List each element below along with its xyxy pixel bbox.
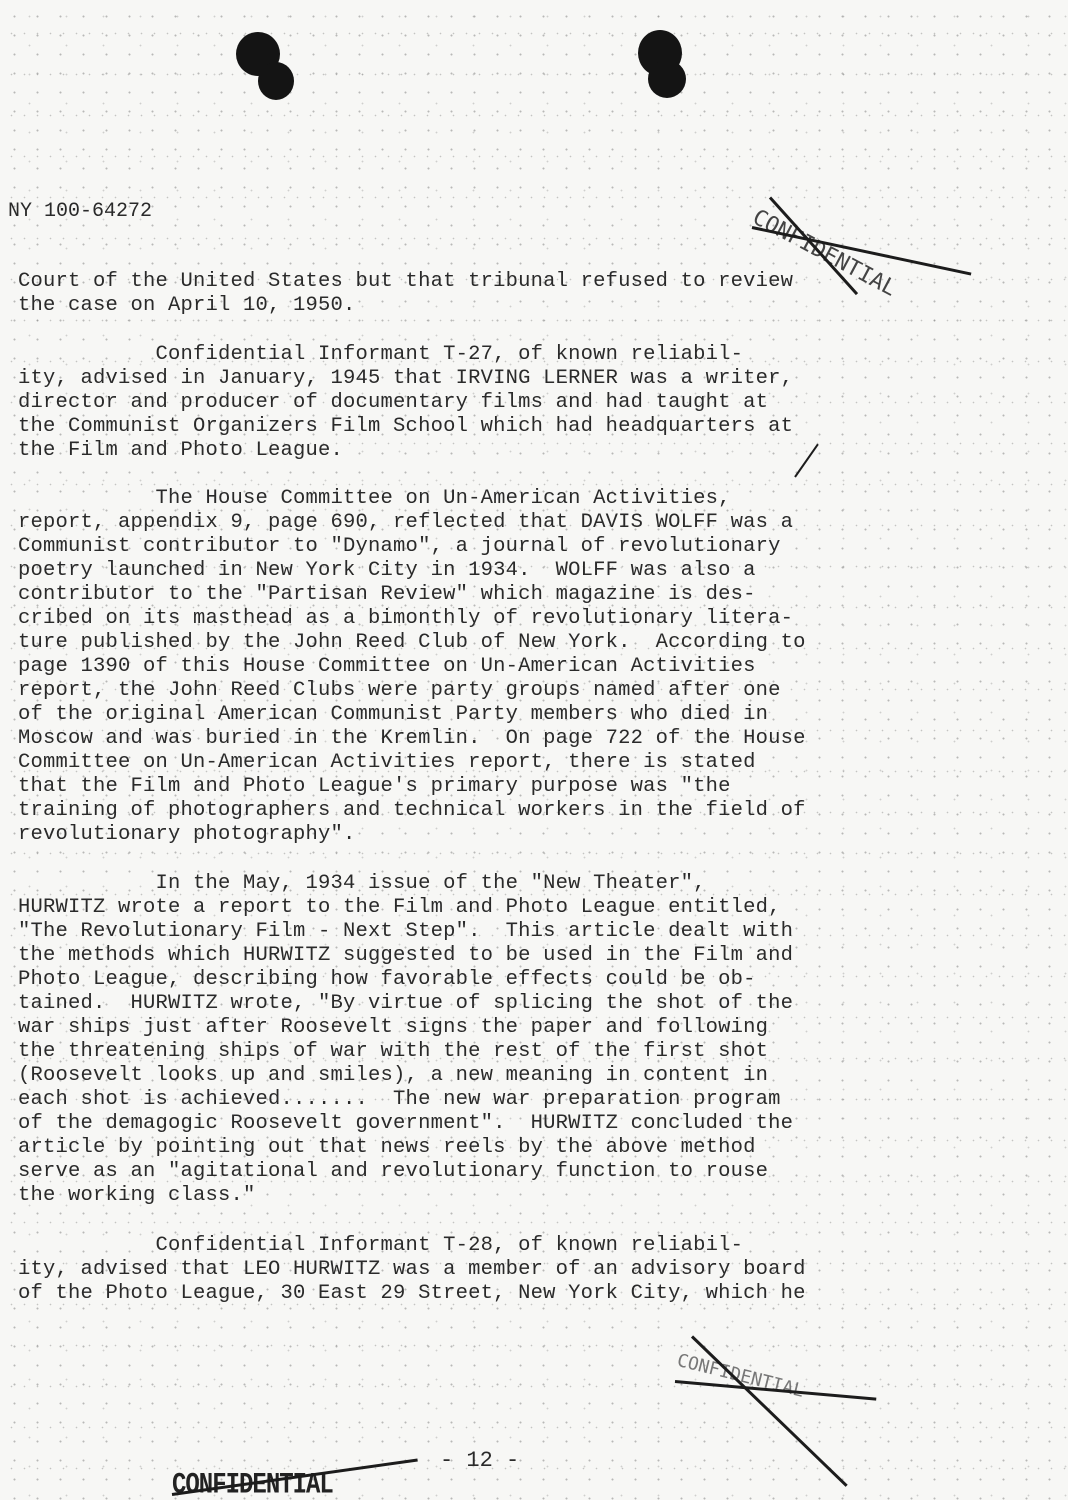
text-line: report, appendix 9, page 690, reflected … <box>18 511 793 535</box>
text-line: of the demagogic Roosevelt government". … <box>18 1112 793 1136</box>
punch-hole-right-lower <box>648 60 686 98</box>
text-line: ture published by the John Reed Club of … <box>18 631 806 655</box>
stamp-strike-line <box>691 1335 848 1487</box>
text-line: Photo League, describing how favorable e… <box>18 968 756 992</box>
page-number: - 12 - <box>440 1448 519 1473</box>
text-line: Confidential Informant T-28, of known re… <box>18 1234 743 1258</box>
text-line: contributor to the "Partisan Review" whi… <box>18 583 756 607</box>
text-line: cribed on its masthead as a bimonthly of… <box>18 607 793 631</box>
text-line: the Communist Organizers Film School whi… <box>18 415 793 439</box>
text-line: article by pointing out that news reels … <box>18 1136 756 1160</box>
text-line: the case on April 10, 1950. <box>18 294 356 318</box>
text-line: the methods which HURWITZ suggested to b… <box>18 944 793 968</box>
text-line: ity, advised in January, 1945 that IRVIN… <box>18 367 793 391</box>
text-line: Moscow and was buried in the Kremlin. On… <box>18 727 806 751</box>
text-line: The House Committee on Un-American Activ… <box>18 487 731 511</box>
text-line: of the Photo League, 30 East 29 Street, … <box>18 1282 806 1306</box>
text-line: the working class." <box>18 1184 256 1208</box>
punch-hole-left-lower <box>258 62 294 100</box>
text-line: ity, advised that LEO HURWITZ was a memb… <box>18 1258 806 1282</box>
text-line: Committee on Un-American Activities repo… <box>18 751 756 775</box>
text-line: of the original American Communist Party… <box>18 703 768 727</box>
text-line: "The Revolutionary Film - Next Step". Th… <box>18 920 793 944</box>
text-line: war ships just after Roosevelt signs the… <box>18 1016 768 1040</box>
confidential-stamp-bottom-right: CONFIDENTIAL <box>675 1350 806 1402</box>
text-line: Confidential Informant T-27, of known re… <box>18 343 743 367</box>
text-line: HURWITZ wrote a report to the Film and P… <box>18 896 781 920</box>
text-line: each shot is achieved....... The new war… <box>18 1088 781 1112</box>
text-line: page 1390 of this House Committee on Un-… <box>18 655 756 679</box>
text-line: tained. HURWITZ wrote, "By virtue of spl… <box>18 992 793 1016</box>
text-line: the Film and Photo League. <box>18 439 343 463</box>
text-line: Communist contributor to "Dynamo", a jou… <box>18 535 781 559</box>
text-line: director and producer of documentary fil… <box>18 391 768 415</box>
text-line: Court of the United States but that trib… <box>18 270 793 294</box>
text-line: revolutionary photography". <box>18 823 356 847</box>
text-line: (Roosevelt looks up and smiles), a new m… <box>18 1064 768 1088</box>
text-line: report, the John Reed Clubs were party g… <box>18 679 781 703</box>
text-line: serve as an "agitational and revolutiona… <box>18 1160 768 1184</box>
file-number: NY 100-64272 <box>8 200 152 223</box>
text-line: In the May, 1934 issue of the "New Theat… <box>18 872 706 896</box>
handwritten-check-mark <box>794 444 819 478</box>
text-line: poetry launched in New York City in 1934… <box>18 559 756 583</box>
text-line: training of photographers and technical … <box>18 799 806 823</box>
text-line: the threatening ships of war with the re… <box>18 1040 768 1064</box>
text-line: that the Film and Photo League's primary… <box>18 775 731 799</box>
